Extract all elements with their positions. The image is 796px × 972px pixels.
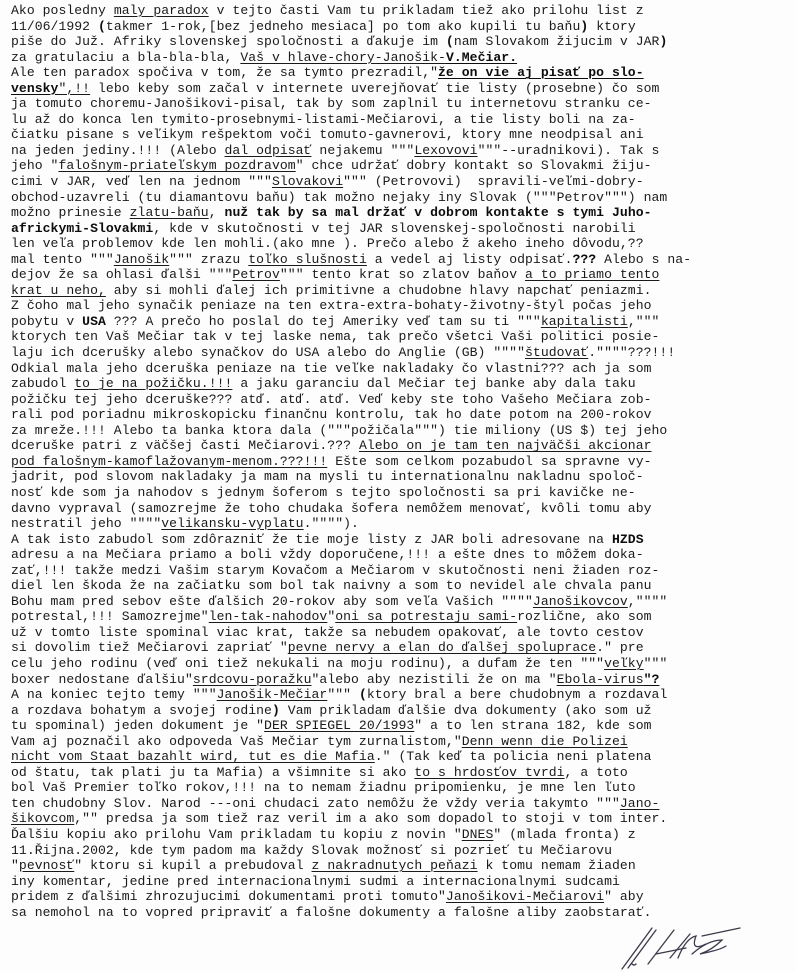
underlined-text: že on vie aj pisať po slo- — [438, 65, 644, 80]
underlined-text: ",!! — [58, 81, 90, 96]
text-segment: Bohu mam pred sebov ešte ďalšich 20-roko… — [11, 594, 533, 609]
text-line: pobytu v USA ??? A prečo ho poslal do te… — [11, 314, 791, 330]
text-segment: zabudol — [11, 376, 74, 391]
underlined-text: toľko slušnosti — [248, 252, 367, 267]
underlined-text: V.Mečiar. — [446, 50, 517, 65]
text-segment: """ (Petrovovi) spravili-veľmi-dobry- — [343, 174, 644, 189]
underlined-text: pod falošnym-kamoflažovanym-menom.???!!! — [11, 454, 327, 469]
text-line: za mreže.!!! Alebo ta banka ktora dala (… — [11, 423, 791, 439]
text-segment: piše do Juž. Afriky slovenskej spoločnos… — [11, 34, 446, 49]
text-segment: potrestal,!!! Samozrejme" — [11, 609, 209, 624]
text-segment: ja tomuto choremu-Janošikovi-pisal, tak … — [11, 96, 652, 111]
text-line: Z čoho mal jeho synačik peniaze na ten e… — [11, 298, 791, 314]
text-line: krat u neho, aby si mohli ďalej ich prim… — [11, 283, 791, 299]
text-segment: ktory bral a bere chudobnym a rozdaval — [367, 687, 668, 702]
text-segment: jadrit, pod slovom nakladaky ja mam na m… — [11, 469, 644, 484]
text-segment: Ďalšiu kopiu ako prilohu Vam prikladam t… — [11, 827, 462, 842]
text-line: nicht vom Staat bazahlt wird, tut es die… — [11, 749, 791, 765]
text-line: Odkial mala jeho dceruška peniaze na tie… — [11, 361, 791, 377]
text-line: cimi v JAR, veď len na jednom """Slovako… — [11, 174, 791, 190]
text-segment: čiatku pisane s veľikym rešpektom voči t… — [11, 127, 644, 142]
text-segment: možno prinesie — [11, 205, 130, 220]
bold-text: ( — [98, 19, 106, 34]
text-segment: k tomu nemam žiaden — [478, 858, 636, 873]
text-segment: obchod-uzavreli (tu diamantovu baňu) tak… — [11, 190, 667, 205]
text-segment: dejov že sa ohlasi ďalši """ — [11, 267, 232, 282]
text-segment: """ zrazu — [169, 252, 248, 267]
text-segment: od štatu, tak plati ju ta Mafia) a všimn… — [11, 765, 414, 780]
text-segment: laju ich dcerušky alebo synačkov do USA … — [11, 345, 525, 360]
text-segment: Vam aj poznačil ako odpoveda Vaš Mečiar … — [11, 734, 462, 749]
text-line: jadrit, pod slovom nakladaky ja mam na m… — [11, 469, 791, 485]
text-segment: celu jeho rodinu (veď oni tiež nekukali … — [11, 656, 604, 671]
underlined-text: Janošikovi-Mečiarovi — [446, 889, 604, 904]
text-segment: pridem z ďalšimi zhrozujucimi dokumentam… — [11, 889, 446, 904]
text-line: požičku tej jeho dceruške??? atď. atď. a… — [11, 392, 791, 408]
text-line: už v tomto liste spominal viac krat, tak… — [11, 625, 791, 641]
text-segment: nosť kde som ja nahodov s jednym šoferom… — [11, 485, 636, 500]
underlined-text: pevne nervy a elan do ďalšej spoluprace — [288, 640, 596, 655]
text-segment: .""""). — [304, 516, 359, 531]
bold-text: ??? — [572, 252, 596, 267]
underlined-text: falošnym-priateľskym pozdravom — [58, 158, 295, 173]
handwritten-signature-icon — [612, 924, 762, 972]
text-segment: ,"" predsa ja som tiež raz veril im a ak… — [74, 811, 667, 826]
text-line: laju ich dcerušky alebo synačkov do USA … — [11, 345, 791, 361]
text-segment: ." (Tak keď ta policia neni platena — [375, 749, 652, 764]
text-segment: rozlične, ako som — [517, 609, 651, 624]
text-segment: za gratulaciu a bla-bla-bla, — [11, 50, 240, 65]
underlined-text: oni sa potrestaju sami- — [335, 609, 517, 624]
text-line: a rozdava bohatym a svojej rodine) Vam p… — [11, 703, 791, 719]
text-segment: " a to len strana 182, kde som — [414, 718, 651, 733]
text-segment: Z čoho mal jeho synačik peniaze na ten e… — [11, 298, 652, 313]
text-line: zabudol to je na požičku.!!! a jaku gara… — [11, 376, 791, 392]
text-segment: nestratil jeho """" — [11, 516, 161, 531]
underlined-text: DNES — [462, 827, 494, 842]
text-segment: 11.Řijna.2002, kde tym padom ma každy Sl… — [11, 843, 612, 858]
text-segment: """--uradnikovi). Tak s — [478, 143, 660, 158]
text-segment: na jeden jediny.!!! (Alebo — [11, 143, 225, 158]
text-line: sa nemohol na to vopred pripraviť a falo… — [11, 905, 791, 921]
text-line: si dovolim tiež Mečiarovi zapriať "pevne… — [11, 640, 791, 656]
text-line: nestratil jeho """"velikansku-vyplatu.""… — [11, 516, 791, 532]
underlined-text: a to priamo tento — [525, 267, 659, 282]
text-segment: " chce udržať dobry kontakt so Slovakmi … — [296, 158, 652, 173]
text-line: lu až do konca len tymito-prosebnymi-lis… — [11, 112, 791, 128]
text-line: A tak isto zabudol som zdôrazniť že tie … — [11, 532, 791, 548]
underlined-text: krat u neho, — [11, 283, 106, 298]
underlined-text: Ebola-virus — [557, 672, 644, 687]
text-line: jeho "falošnym-priateľskym pozdravom" ch… — [11, 158, 791, 174]
underlined-text: len-tak-nahodov — [209, 609, 328, 624]
underlined-text: Janošik — [114, 252, 169, 267]
text-segment: adresu a na Mečiara priamo a boli vždy d… — [11, 547, 644, 562]
underlined-text: Petrov — [232, 267, 279, 282]
text-segment: " aby — [604, 889, 644, 904]
text-segment: A tak isto zabudol som zdôrazniť že tie … — [11, 532, 612, 547]
text-segment: tu spominal) jeden dokument je " — [11, 718, 264, 733]
text-segment: aby si mohli ďalej ich primitivne a chud… — [106, 283, 652, 298]
text-segment: mal tento """ — [11, 252, 114, 267]
text-segment: dceruške patri z väčšej časti Mečiarovi.… — [11, 438, 359, 453]
text-segment: ten chudobny Slov. Narod ---oni chudaci … — [11, 796, 620, 811]
scanned-letter-page: Ako posledny maly paradox v tejto časti … — [0, 0, 796, 972]
text-line: bol Vaš Premier toľko rokov,!!! na to ne… — [11, 780, 791, 796]
text-line: zať,!!! takže medzi Vašim starym Kovačom… — [11, 563, 791, 579]
underlined-text: veľky — [604, 656, 644, 671]
underlined-text: študovať — [525, 345, 588, 360]
text-segment: pobytu v — [11, 314, 82, 329]
text-segment: Odkial mala jeho dceruška peniaze na tie… — [11, 361, 652, 376]
text-segment: iny komentar, jedine pred internacionaln… — [11, 874, 620, 889]
text-segment: ,"""" — [628, 594, 668, 609]
underlined-text: srdcovu-poražku — [193, 672, 312, 687]
text-segment: v tejto časti Vam tu prikladam tiež ako … — [209, 3, 644, 18]
text-segment: jeho " — [11, 158, 58, 173]
underlined-text: dal odpisať — [225, 143, 312, 158]
text-segment: nejakemu """ — [312, 143, 415, 158]
text-segment: a jaku garanciu dal Mečiar tej banke aby… — [232, 376, 635, 391]
letter-body-text: Ako posledny maly paradox v tejto časti … — [11, 3, 791, 920]
text-line: Bohu mam pred sebov ešte ďalšich 20-roko… — [11, 594, 791, 610]
underlined-text: DER SPIEGEL 20/1993 — [264, 718, 414, 733]
bold-text: ( — [359, 687, 367, 702]
text-line: davno vypraval (samozrejme že toho chuda… — [11, 501, 791, 517]
text-line: na jeden jediny.!!! (Alebo dal odpisať n… — [11, 143, 791, 159]
text-segment: ,""" — [628, 314, 660, 329]
underlined-text: Lexovovi — [414, 143, 477, 158]
text-segment: , kde v skutočnosti v tej JAR slovenskej… — [153, 221, 635, 236]
underlined-text: "? — [644, 672, 660, 687]
text-segment: požičku tej jeho dceruške??? atď. atď. a… — [11, 392, 652, 407]
text-line: adresu a na Mečiara priamo a boli vždy d… — [11, 547, 791, 563]
text-segment: " (mlada fronta) z — [493, 827, 635, 842]
text-segment: ." pre — [596, 640, 643, 655]
text-segment: nam Slovakom žijucim v JAR — [454, 34, 660, 49]
text-line: A na koniec tejto temy """Janošik-Mečiar… — [11, 687, 791, 703]
text-line: mal tento """Janošik""" zrazu toľko sluš… — [11, 252, 791, 268]
text-line: pod falošnym-kamoflažovanym-menom.???!!!… — [11, 454, 791, 470]
text-segment: , — [209, 205, 225, 220]
bold-text: nuž tak by sa mal držať v dobrom kontakt… — [225, 205, 652, 220]
text-segment: ??? A prečo ho poslal do tej Ameriky veď… — [106, 314, 541, 329]
text-line: africkymi-Slovakmi, kde v skutočnosti v … — [11, 221, 791, 237]
text-line: Ako posledny maly paradox v tejto časti … — [11, 3, 791, 19]
text-segment: Ale ten paradox spočiva v tom, že sa tym… — [11, 65, 438, 80]
text-segment: ktory — [588, 19, 635, 34]
text-segment: Alebo s na- — [596, 252, 691, 267]
underlined-text: Alebo on je tam ten najväčši akcionar — [359, 438, 652, 453]
underlined-text: nicht vom Staat bazahlt wird, tut es die… — [11, 749, 375, 764]
text-line: celu jeho rodinu (veď oni tiež nekukali … — [11, 656, 791, 672]
text-line: tu spominal) jeden dokument je "DER SPIE… — [11, 718, 791, 734]
text-segment: a rozdava bohatym a svojej rodine — [11, 703, 272, 718]
bold-text: africkymi-Slovakmi — [11, 221, 153, 236]
text-segment: davno vypraval (samozrejme že toho chuda… — [11, 501, 652, 516]
underlined-text: maly paradox — [114, 3, 209, 18]
text-segment: si dovolim tiež Mečiarovi zapriať " — [11, 640, 288, 655]
text-segment: """ — [644, 656, 668, 671]
text-segment: len veľa problemov kde len mohli.(ako mn… — [11, 236, 644, 251]
underlined-text: Vaš v hlave-chory-Janošik- — [240, 50, 446, 65]
text-segment: """ — [327, 687, 359, 702]
text-line: "pevnosť" ktoru si kupil a prebudoval z … — [11, 858, 791, 874]
text-segment: Vam prikladam ďalšie dva dokumenty (ako … — [280, 703, 652, 718]
underlined-text: Jano- — [620, 796, 660, 811]
text-segment: A na koniec tejto temy """ — [11, 687, 217, 702]
text-line: dejov že sa ohlasi ďalši """Petrov""" te… — [11, 267, 791, 283]
text-segment: rali pod poriadnu mikroskopicku finančnu… — [11, 407, 652, 422]
text-line: boxer nedostane ďalšiu"srdcovu-poražku"a… — [11, 672, 791, 688]
underlined-text: to je na požičku.!!! — [74, 376, 232, 391]
underlined-text: pevnosť — [19, 858, 74, 873]
underlined-text: šikovcom — [11, 811, 74, 826]
text-line: možno prinesie zlatu-baňu, nuž tak by sa… — [11, 205, 791, 221]
text-line: iny komentar, jedine pred internacionaln… — [11, 874, 791, 890]
text-segment: už v tomto liste spominal viac krat, tak… — [11, 625, 644, 640]
text-segment: cimi v JAR, veď len na jednom """ — [11, 174, 272, 189]
text-line: šikovcom,"" predsa ja som tiež raz veril… — [11, 811, 791, 827]
text-segment: """ tento krat so zlatov baňov — [280, 267, 525, 282]
text-segment: .""""???!!! — [588, 345, 675, 360]
text-line: potrestal,!!! Samozrejme"len-tak-nahodov… — [11, 609, 791, 625]
text-segment: sa nemohol na to vopred pripraviť a falo… — [11, 905, 652, 920]
text-line: obchod-uzavreli (tu diamantovu baňu) tak… — [11, 190, 791, 206]
text-line: Vam aj poznačil ako odpoveda Vaš Mečiar … — [11, 734, 791, 750]
text-segment: Ako posledny — [11, 3, 114, 18]
underlined-text: Janošikovcov — [533, 594, 628, 609]
text-segment: boxer nedostane ďalšiu" — [11, 672, 193, 687]
text-segment: 11/06/1992 — [11, 19, 98, 34]
text-segment: lu až do konca len tymito-prosebnymi-lis… — [11, 112, 636, 127]
text-line: ten chudobny Slov. Narod ---oni chudaci … — [11, 796, 791, 812]
text-line: čiatku pisane s veľikym rešpektom voči t… — [11, 127, 791, 143]
underlined-text: velikansku-vyplatu — [161, 516, 303, 531]
text-line: 11.Řijna.2002, kde tym padom ma každy Sl… — [11, 843, 791, 859]
text-line: len veľa problemov kde len mohli.(ako mn… — [11, 236, 791, 252]
text-line: 11/06/1992 (takmer 1-rok,[bez jedneho me… — [11, 19, 791, 35]
text-segment: , a toto — [565, 765, 628, 780]
text-segment: " — [11, 858, 19, 873]
underlined-text: zlatu-baňu — [130, 205, 209, 220]
text-segment: a vedel aj listy odpisať. — [367, 252, 573, 267]
bold-text: USA — [82, 314, 106, 329]
underlined-text: kapitalisti — [541, 314, 628, 329]
text-line: nosť kde som ja nahodov s jednym šoferom… — [11, 485, 791, 501]
text-segment: takmer 1-rok,[bez jedneho mesiaca] po to… — [106, 19, 580, 34]
text-line: Ďalšiu kopiu ako prilohu Vam prikladam t… — [11, 827, 791, 843]
text-line: ktorych ten Vaš Mečiar tak v tej laske n… — [11, 329, 791, 345]
underlined-text: to s hrdosťov tvrdi — [414, 765, 564, 780]
text-line: rali pod poriadnu mikroskopicku finančnu… — [11, 407, 791, 423]
text-line: pridem z ďalšimi zhrozujucimi dokumentam… — [11, 889, 791, 905]
text-line: od štatu, tak plati ju ta Mafia) a všimn… — [11, 765, 791, 781]
text-line: ja tomuto choremu-Janošikovi-pisal, tak … — [11, 96, 791, 112]
text-line: za gratulaciu a bla-bla-bla, Vaš v hlave… — [11, 50, 791, 66]
text-line: Ale ten paradox spočiva v tom, že sa tym… — [11, 65, 791, 81]
text-line: dceruške patri z väčšej časti Mečiarovi.… — [11, 438, 791, 454]
underlined-text: vensky — [11, 81, 58, 96]
text-segment: zať,!!! takže medzi Vašim starym Kovačom… — [11, 563, 659, 578]
text-segment: lebo keby som začal v internete uverejňo… — [90, 81, 659, 96]
bold-text: HZDS — [612, 532, 644, 547]
bold-text: ( — [446, 34, 454, 49]
text-segment: " ktoru si kupil a prebudoval — [74, 858, 311, 873]
text-segment: za mreže.!!! Alebo ta banka ktora dala (… — [11, 423, 667, 438]
bold-text: ) — [272, 703, 280, 718]
text-line: vensky",!! lebo keby som začal v interne… — [11, 81, 791, 97]
text-line: diel len škoda že na začiatku som bol ta… — [11, 578, 791, 594]
text-segment: "alebo aby nezistili že on ma " — [312, 672, 557, 687]
bold-text: ) — [659, 34, 667, 49]
text-segment: diel len škoda že na začiatku som bol ta… — [11, 578, 652, 593]
underlined-text: Denn wenn die Polizei — [462, 734, 628, 749]
text-segment: ktorych ten Vaš Mečiar tak v tej laske n… — [11, 329, 659, 344]
text-segment: bol Vaš Premier toľko rokov,!!! na to ne… — [11, 780, 636, 795]
underlined-text: Slovakovi — [272, 174, 343, 189]
text-segment: Ešte som celkom pozabudol sa spravne vy- — [327, 454, 651, 469]
underlined-text: Janošik-Mečiar — [217, 687, 328, 702]
underlined-text: z nakradnutych peňazi — [312, 858, 478, 873]
text-line: piše do Juž. Afriky slovenskej spoločnos… — [11, 34, 791, 50]
